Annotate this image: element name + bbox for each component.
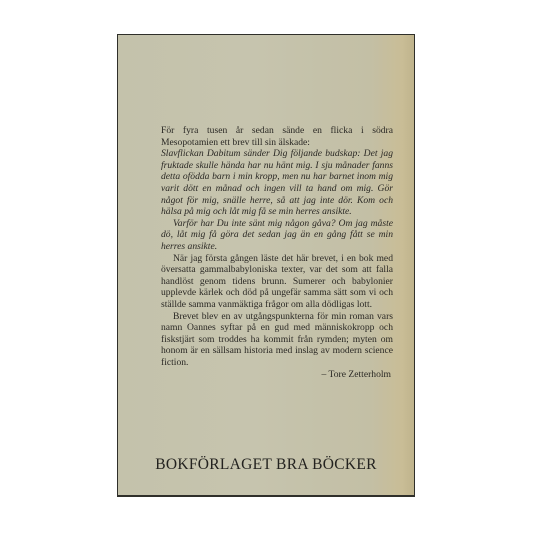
publisher-name: BOKFÖRLAGET BRA BÖCKER	[118, 456, 414, 474]
paragraph-1: När jag första gången läste det här brev…	[161, 253, 393, 311]
paragraph-2: Brevet blev en av utgångspunkterna för m…	[161, 311, 393, 369]
intro-text: För fyra tusen år sedan sände en flicka …	[161, 125, 393, 148]
letter-quote-1: Slavflickan Dabitum sänder Dig följande …	[161, 148, 393, 218]
book-back-cover: För fyra tusen år sedan sände en flicka …	[117, 34, 415, 497]
author-signature: – Tore Zetterholm	[161, 369, 393, 381]
letter-quote-2: Varför har Du inte sänt mig någon gåva? …	[161, 218, 393, 253]
blurb-text: För fyra tusen år sedan sände en flicka …	[161, 125, 393, 381]
